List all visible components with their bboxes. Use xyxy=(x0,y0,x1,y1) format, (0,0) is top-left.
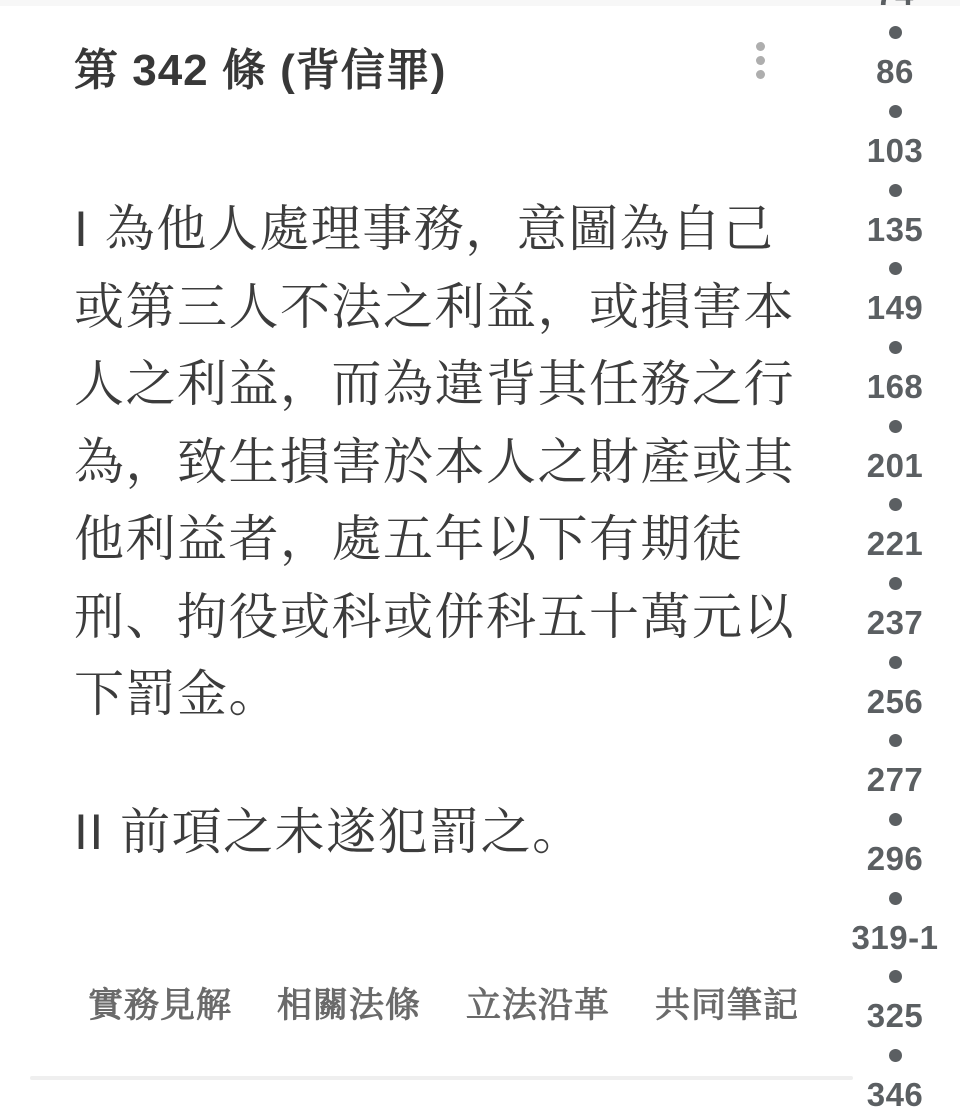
index-number-149[interactable]: 149 xyxy=(867,289,924,328)
index-separator-dot xyxy=(889,171,902,210)
article-section-tabs: 實務見解 相關法條 立法沿革 共同筆記 xyxy=(88,978,799,1028)
index-number-319-1[interactable]: 319-1 xyxy=(852,918,939,957)
tab-practical-opinions[interactable]: 實務見解 xyxy=(88,978,232,1028)
tab-related-articles[interactable]: 相關法條 xyxy=(277,978,421,1028)
index-separator-dot xyxy=(889,957,902,996)
article-paragraph-2: II 前項之未遂犯罰之。 xyxy=(74,794,584,872)
article-text-line: 人之利益，而為違背其任務之行 xyxy=(74,346,795,424)
index-separator-dot xyxy=(889,879,902,918)
index-number-201[interactable]: 201 xyxy=(867,446,924,485)
kebab-menu-icon xyxy=(756,70,765,79)
index-separator-dot xyxy=(889,564,902,603)
article-text-line: 或第三人不法之利益，或損害本 xyxy=(74,269,795,347)
kebab-menu-icon xyxy=(756,42,765,51)
index-separator-dot xyxy=(889,92,902,131)
kebab-menu-icon xyxy=(756,56,765,65)
index-separator-dot xyxy=(889,249,902,288)
article-text-line: 刑、拘役或科或併科五十萬元以 xyxy=(74,579,795,657)
index-number-277[interactable]: 277 xyxy=(867,761,924,800)
index-number-221[interactable]: 221 xyxy=(867,525,924,564)
article-paragraph-1: I 為他人處理事務，意圖為自己 或第三人不法之利益，或損害本 人之利益，而為違背… xyxy=(74,191,795,734)
index-separator-dot xyxy=(889,1036,902,1075)
more-options-button[interactable] xyxy=(738,30,782,90)
tab-legislative-history[interactable]: 立法沿革 xyxy=(466,978,610,1028)
index-separator-dot xyxy=(889,800,902,839)
top-edge-strip xyxy=(0,0,960,6)
index-number-135[interactable]: 135 xyxy=(867,210,924,249)
index-separator-dot xyxy=(889,13,902,52)
index-separator-dot xyxy=(889,721,902,760)
index-separator-dot xyxy=(889,328,902,367)
index-number-346[interactable]: 346 xyxy=(867,1075,924,1114)
tab-shared-notes[interactable]: 共同筆記 xyxy=(655,978,799,1028)
index-number-296[interactable]: 296 xyxy=(867,839,924,878)
article-text-line: 他利益者，處五年以下有期徒 xyxy=(74,501,795,579)
article-title: 第 342 條 (背信罪) xyxy=(74,34,446,98)
section-divider xyxy=(30,1076,853,1080)
index-number-86[interactable]: 86 xyxy=(876,53,914,92)
article-index-scrubber[interactable]: 7486103135149168201221237256277296319-13… xyxy=(847,0,943,1115)
index-separator-dot xyxy=(889,485,902,524)
index-number-256[interactable]: 256 xyxy=(867,682,924,721)
index-number-74[interactable]: 74 xyxy=(876,0,914,13)
article-text-line: 下罰金。 xyxy=(74,656,795,734)
index-separator-dot xyxy=(889,407,902,446)
index-separator-dot xyxy=(889,643,902,682)
index-number-168[interactable]: 168 xyxy=(867,367,924,406)
index-number-103[interactable]: 103 xyxy=(867,131,924,170)
article-text-line: 為，致生損害於本人之財產或其 xyxy=(74,424,795,502)
index-number-325[interactable]: 325 xyxy=(867,997,924,1036)
index-number-237[interactable]: 237 xyxy=(867,603,924,642)
article-text-line: I 為他人處理事務，意圖為自己 xyxy=(74,191,795,269)
